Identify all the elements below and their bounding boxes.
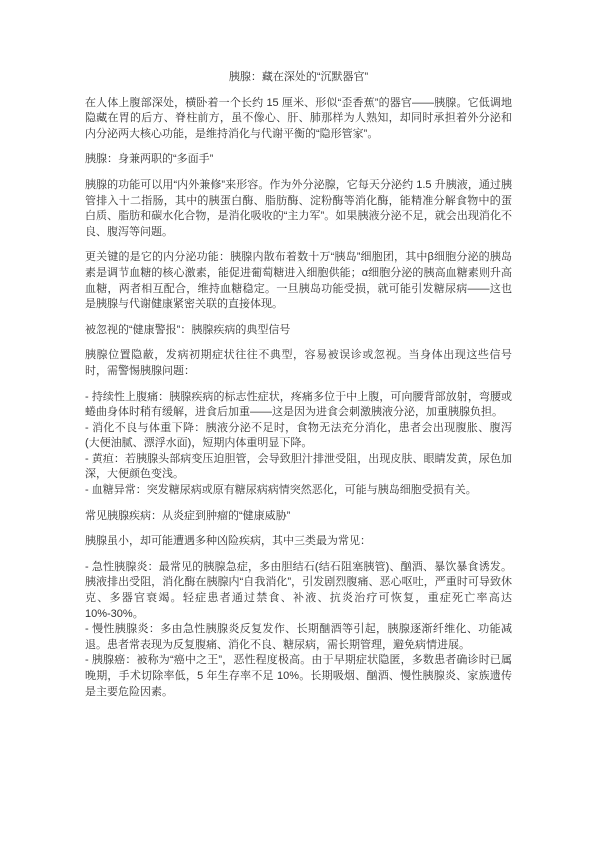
signal-list: - 持续性上腹痛：胰腺疾病的标志性症状，疼痛多位于中上腹，可向腰背部放射，弯腰或…: [85, 390, 512, 499]
list-item-blood-sugar-abnormality: - 血糖异常：突发糖尿病或原有糖尿病病情突然恶化，可能与胰岛细胞受损有关。: [85, 483, 512, 499]
list-item-abdominal-pain: - 持续性上腹痛：胰腺疾病的标志性症状，疼痛多位于中上腹，可向腰背部放射，弯腰或…: [85, 390, 512, 421]
heading-common-diseases: 常见胰腺疾病：从炎症到肿瘤的“健康威胁”: [85, 509, 512, 525]
list-item-chronic-pancreatitis: - 慢性胰腺炎：多由急性胰腺炎反复发作、长期酗酒等引起，胰腺逐渐纤维化、功能减退…: [85, 622, 512, 653]
list-item-jaundice: - 黄疸：若胰腺头部病变压迫胆管，会导致胆汁排泄受阻，出现皮肤、眼睛发黄，尿色加…: [85, 452, 512, 483]
list-item-pancreatic-cancer: - 胰腺癌：被称为“癌中之王”，恶性程度极高。由于早期症状隐匿，多数患者确诊时已…: [85, 653, 512, 700]
document-title: 胰腺：藏在深处的“沉默器官”: [85, 70, 512, 86]
paragraph-exocrine-function: 胰腺的功能可以用“内外兼修”来形容。作为外分泌腺，它每天分泌约 1.5 升胰液，…: [85, 178, 512, 240]
document-page: 胰腺：藏在深处的“沉默器官” 在人体上腹部深处，横卧着一个长约 15 厘米、形似…: [0, 0, 595, 841]
disease-list: - 急性胰腺炎：最常见的胰腺急症，多由胆结石(结石阻塞胰管)、酗酒、暴饮暴食诱发…: [85, 560, 512, 700]
paragraph-intro: 在人体上腹部深处，横卧着一个长约 15 厘米、形似“歪香蕉”的器官——胰腺。它低…: [85, 96, 512, 143]
heading-dual-roles: 胰腺：身兼两职的“多面手”: [85, 152, 512, 168]
heading-warning-signals: 被忽视的“健康警报”：胰腺疾病的典型信号: [85, 323, 512, 339]
paragraph-signals-intro: 胰腺位置隐蔽，发病初期症状往往不典型，容易被误诊或忽视。当身体出现这些信号时，需…: [85, 348, 512, 379]
list-item-indigestion-weight-loss: - 消化不良与体重下降：胰液分泌不足时，食物无法充分消化，患者会出现腹胀、腹泻(…: [85, 421, 512, 452]
list-item-acute-pancreatitis: - 急性胰腺炎：最常见的胰腺急症，多由胆结石(结石阻塞胰管)、酗酒、暴饮暴食诱发…: [85, 560, 512, 622]
paragraph-endocrine-function: 更关键的是它的内分泌功能：胰腺内散布着数十万“胰岛”细胞团，其中β细胞分泌的胰岛…: [85, 250, 512, 312]
paragraph-diseases-intro: 胰腺虽小，却可能遭遇多种凶险疾病，其中三类最为常见：: [85, 534, 512, 550]
